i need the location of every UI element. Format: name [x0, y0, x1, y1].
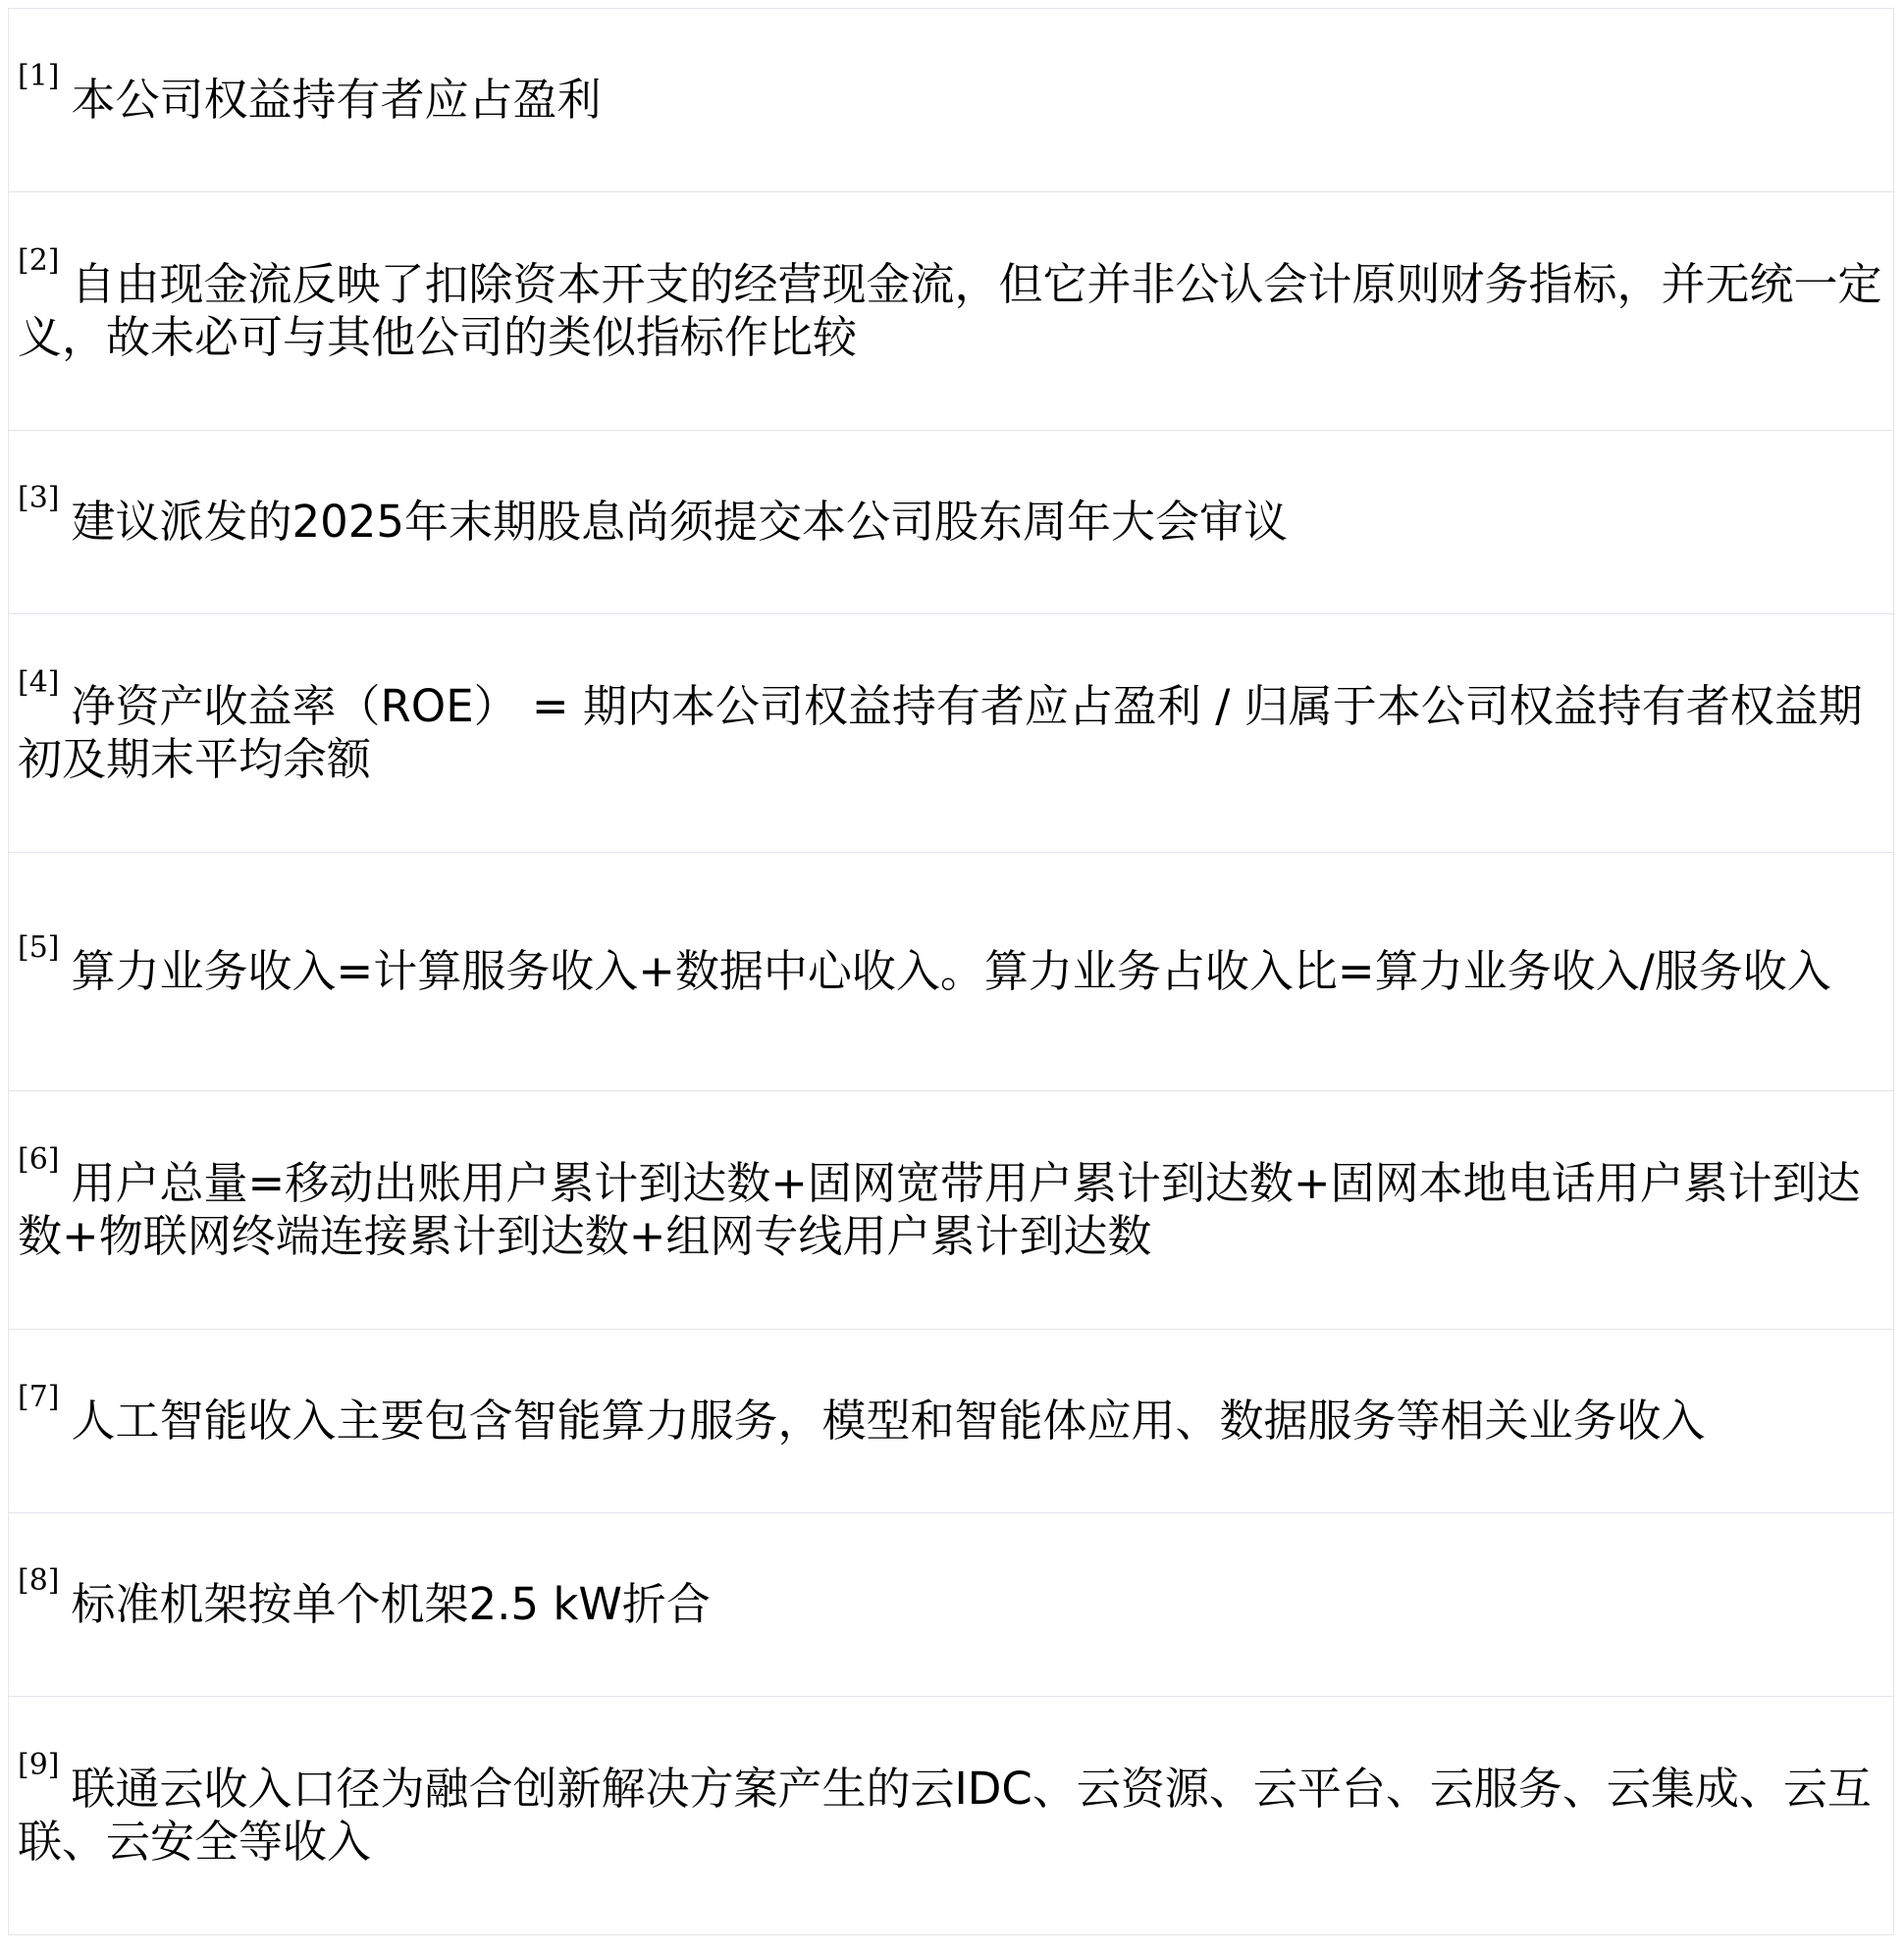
footnote-cell: [4]净资产收益率（ROE） = 期内本公司权益持有者应占盈利 / 归属于本公司… [9, 614, 1894, 853]
footnote-row: [1]本公司权益持有者应占盈利 [9, 9, 1894, 192]
footnote-text: 人工智能收入主要包含智能算力服务，模型和智能体应用、数据服务等相关业务收入 [72, 1395, 1706, 1447]
footnote-text: 本公司权益持有者应占盈利 [72, 74, 602, 126]
footnote-cell: [5]算力业务收入=计算服务收入+数据中心收入。算力业务占收入比=算力业务收入/… [9, 853, 1894, 1091]
footnote-row: [9]联通云收入口径为融合创新解决方案产生的云IDC、云资源、云平台、云服务、云… [9, 1697, 1894, 1935]
footnote-cell: [1]本公司权益持有者应占盈利 [9, 9, 1894, 192]
footnote-cell: [3]建议派发的2025年末期股息尚须提交本公司股东周年大会审议 [9, 431, 1894, 614]
footnote-text: 算力业务收入=计算服务收入+数据中心收入。算力业务占收入比=算力业务收入/服务收… [72, 945, 1831, 997]
footnote-ref: [1] [18, 59, 60, 93]
footnote-text: 建议派发的2025年末期股息尚须提交本公司股东周年大会审议 [72, 496, 1289, 548]
footnote-ref: [6] [18, 1142, 60, 1177]
footnote-ref: [9] [18, 1748, 60, 1782]
footnote-row: [2]自由现金流反映了扣除资本开支的经营现金流，但它并非公认会计原则财务指标，并… [9, 192, 1894, 431]
footnote-text: 联通云收入口径为融合创新解决方案产生的云IDC、云资源、云平台、云服务、云集成、… [18, 1763, 1872, 1868]
footnote-cell: [8]标准机架按单个机架2.5 kW折合 [9, 1513, 1894, 1697]
footnote-row: [5]算力业务收入=计算服务收入+数据中心收入。算力业务占收入比=算力业务收入/… [9, 853, 1894, 1091]
footnote-row: [7]人工智能收入主要包含智能算力服务，模型和智能体应用、数据服务等相关业务收入 [9, 1330, 1894, 1513]
footnote-row: [3]建议派发的2025年末期股息尚须提交本公司股东周年大会审议 [9, 431, 1894, 614]
footnote-text: 用户总量=移动出账用户累计到达数+固网宽带用户累计到达数+固网本地电话用户累计到… [18, 1157, 1861, 1262]
footnote-row: [8]标准机架按单个机架2.5 kW折合 [9, 1513, 1894, 1697]
footnote-cell: [6]用户总量=移动出账用户累计到达数+固网宽带用户累计到达数+固网本地电话用户… [9, 1091, 1894, 1330]
footnote-row: [6]用户总量=移动出账用户累计到达数+固网宽带用户累计到达数+固网本地电话用户… [9, 1091, 1894, 1330]
footnote-cell: [7]人工智能收入主要包含智能算力服务，模型和智能体应用、数据服务等相关业务收入 [9, 1330, 1894, 1513]
footnote-text: 自由现金流反映了扣除资本开支的经营现金流，但它并非公认会计原则财务指标，并无统一… [18, 258, 1882, 363]
footnote-text: 标准机架按单个机架2.5 kW折合 [72, 1578, 711, 1630]
footnote-ref: [8] [18, 1563, 60, 1598]
footnote-cell: [9]联通云收入口径为融合创新解决方案产生的云IDC、云资源、云平台、云服务、云… [9, 1697, 1894, 1935]
footnote-row: [4]净资产收益率（ROE） = 期内本公司权益持有者应占盈利 / 归属于本公司… [9, 614, 1894, 853]
footnote-ref: [2] [18, 243, 60, 278]
footnote-ref: [4] [18, 665, 60, 700]
footnote-ref: [5] [18, 930, 60, 965]
footnotes-table: [1]本公司权益持有者应占盈利 [2]自由现金流反映了扣除资本开支的经营现金流，… [8, 8, 1894, 1935]
footnote-ref: [3] [18, 481, 60, 515]
footnote-ref: [7] [18, 1380, 60, 1414]
footnote-text: 净资产收益率（ROE） = 期内本公司权益持有者应占盈利 / 归属于本公司权益持… [18, 680, 1863, 785]
footnote-cell: [2]自由现金流反映了扣除资本开支的经营现金流，但它并非公认会计原则财务指标，并… [9, 192, 1894, 431]
